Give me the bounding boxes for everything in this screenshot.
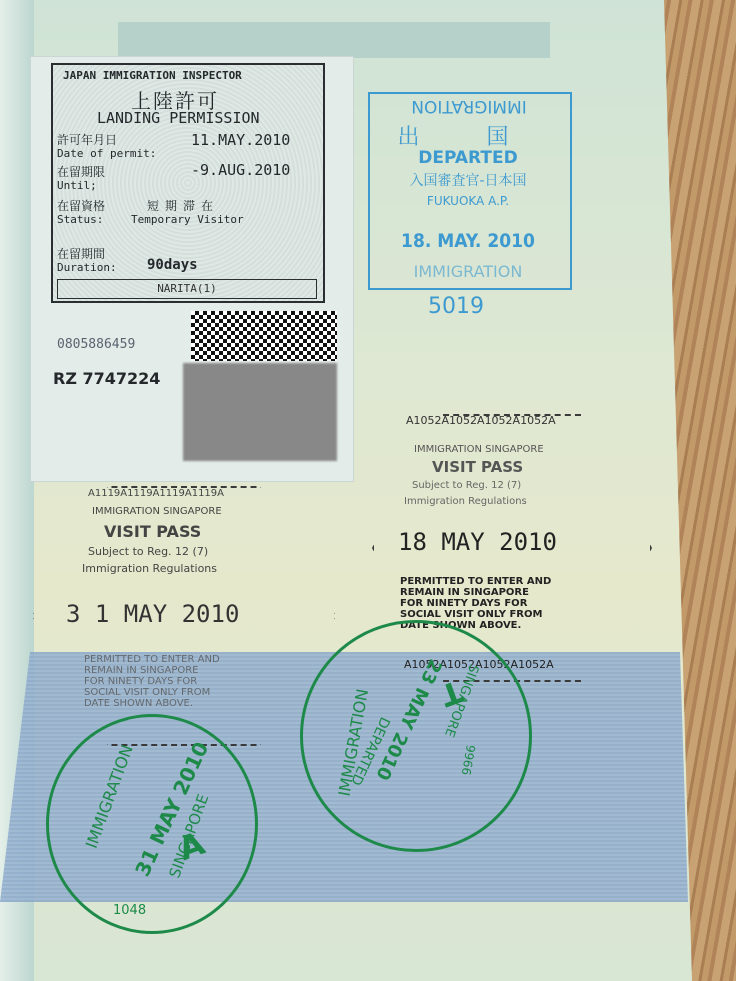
stamp-top-text: IMMIGRATION xyxy=(378,96,560,116)
date-label-jp: 許可年月日 xyxy=(57,131,117,148)
stamp-code: 9966 xyxy=(459,744,478,777)
redacted-area xyxy=(118,22,550,58)
sticker-number: RZ 7747224 xyxy=(53,369,160,388)
port-of-entry: NARITA(1) xyxy=(57,279,317,299)
duration-value: 90days xyxy=(147,257,198,273)
stamp-date: 18. MAY. 2010 xyxy=(370,230,566,252)
singapore-departure-stamp-31-may: IMMIGRATION SINGAPORE 31 MAY 2010 A 1048 xyxy=(46,714,258,934)
japan-landing-permission-sticker: JAPAN IMMIGRATION INSPECTOR 上陸許可 LANDING… xyxy=(30,56,354,482)
visit-pass-2-terms: PERMITTED TO ENTER AND REMAIN IN SINGAPO… xyxy=(84,654,220,709)
visit-pass-title: VISIT PASS xyxy=(432,458,523,476)
qr-code xyxy=(191,311,337,361)
redacted-photo xyxy=(183,363,337,461)
status-label-jp: 在留資格 xyxy=(57,197,105,214)
inspector-header: JAPAN IMMIGRATION INSPECTOR xyxy=(63,69,242,82)
duration-label-en: Duration: xyxy=(57,261,117,274)
date-label-en: Date of permit: xyxy=(57,147,156,160)
stamp-bottom-text: IMMIGRATION xyxy=(370,262,566,281)
status-value-jp: 短期滞在 xyxy=(147,197,219,214)
serial-number: 0805886459 xyxy=(57,337,135,352)
status-value-en: Temporary Visitor xyxy=(131,213,244,226)
visit-pass-2-sub1: Subject to Reg. 12 (7) xyxy=(88,545,208,558)
visit-pass-border-code: A1052A1052A1052A1052A xyxy=(406,414,556,427)
stamp-office-jp: 入国審査官-日本国 xyxy=(370,170,566,190)
visit-pass-2-agency: IMMIGRATION SINGAPORE xyxy=(92,506,222,517)
status-label-en: Status: xyxy=(57,213,103,226)
visit-pass-sub1: Subject to Reg. 12 (7) xyxy=(412,480,521,491)
stamp-status: DEPARTED xyxy=(370,148,566,168)
stamp-code: 1048 xyxy=(113,903,146,918)
landing-permission-box: JAPAN IMMIGRATION INSPECTOR 上陸許可 LANDING… xyxy=(51,63,325,303)
stamp-kanji: 出 国 xyxy=(370,120,566,151)
title-en: LANDING PERMISSION xyxy=(97,109,260,127)
visit-pass-2-title: VISIT PASS xyxy=(104,522,201,541)
visit-pass-sub2: Immigration Regulations xyxy=(404,496,527,507)
visit-pass-2-sub2: Immigration Regulations xyxy=(82,562,217,575)
stamp-code: 5019 xyxy=(428,294,484,319)
date-value: 11.MAY.2010 xyxy=(191,131,290,149)
duration-label-jp: 在留期間 xyxy=(57,245,105,262)
visit-pass-agency: IMMIGRATION SINGAPORE xyxy=(414,444,544,455)
japan-departure-stamp: IMMIGRATION 出 国 DEPARTED 入国審査官-日本国 FUKUO… xyxy=(368,92,572,290)
until-label-jp: 在留期限 xyxy=(57,163,105,180)
visit-pass-date: 18 MAY 2010 xyxy=(398,528,557,556)
singapore-departure-stamp-23-may: IMMIGRATION SINGAPORE 23 MAY 2010 T 9966… xyxy=(300,620,532,852)
until-label-en: Until; xyxy=(57,179,97,192)
ring-left-text: IMMIGRATION xyxy=(82,742,137,851)
visit-pass-2-date: 3 1 MAY 2010 xyxy=(66,600,239,628)
visit-pass-2-border-code: A1119A1119A1119A1119A xyxy=(88,488,224,499)
until-value: -9.AUG.2010 xyxy=(191,161,290,179)
stamp-port: FUKUOKA A.P. xyxy=(370,194,566,208)
